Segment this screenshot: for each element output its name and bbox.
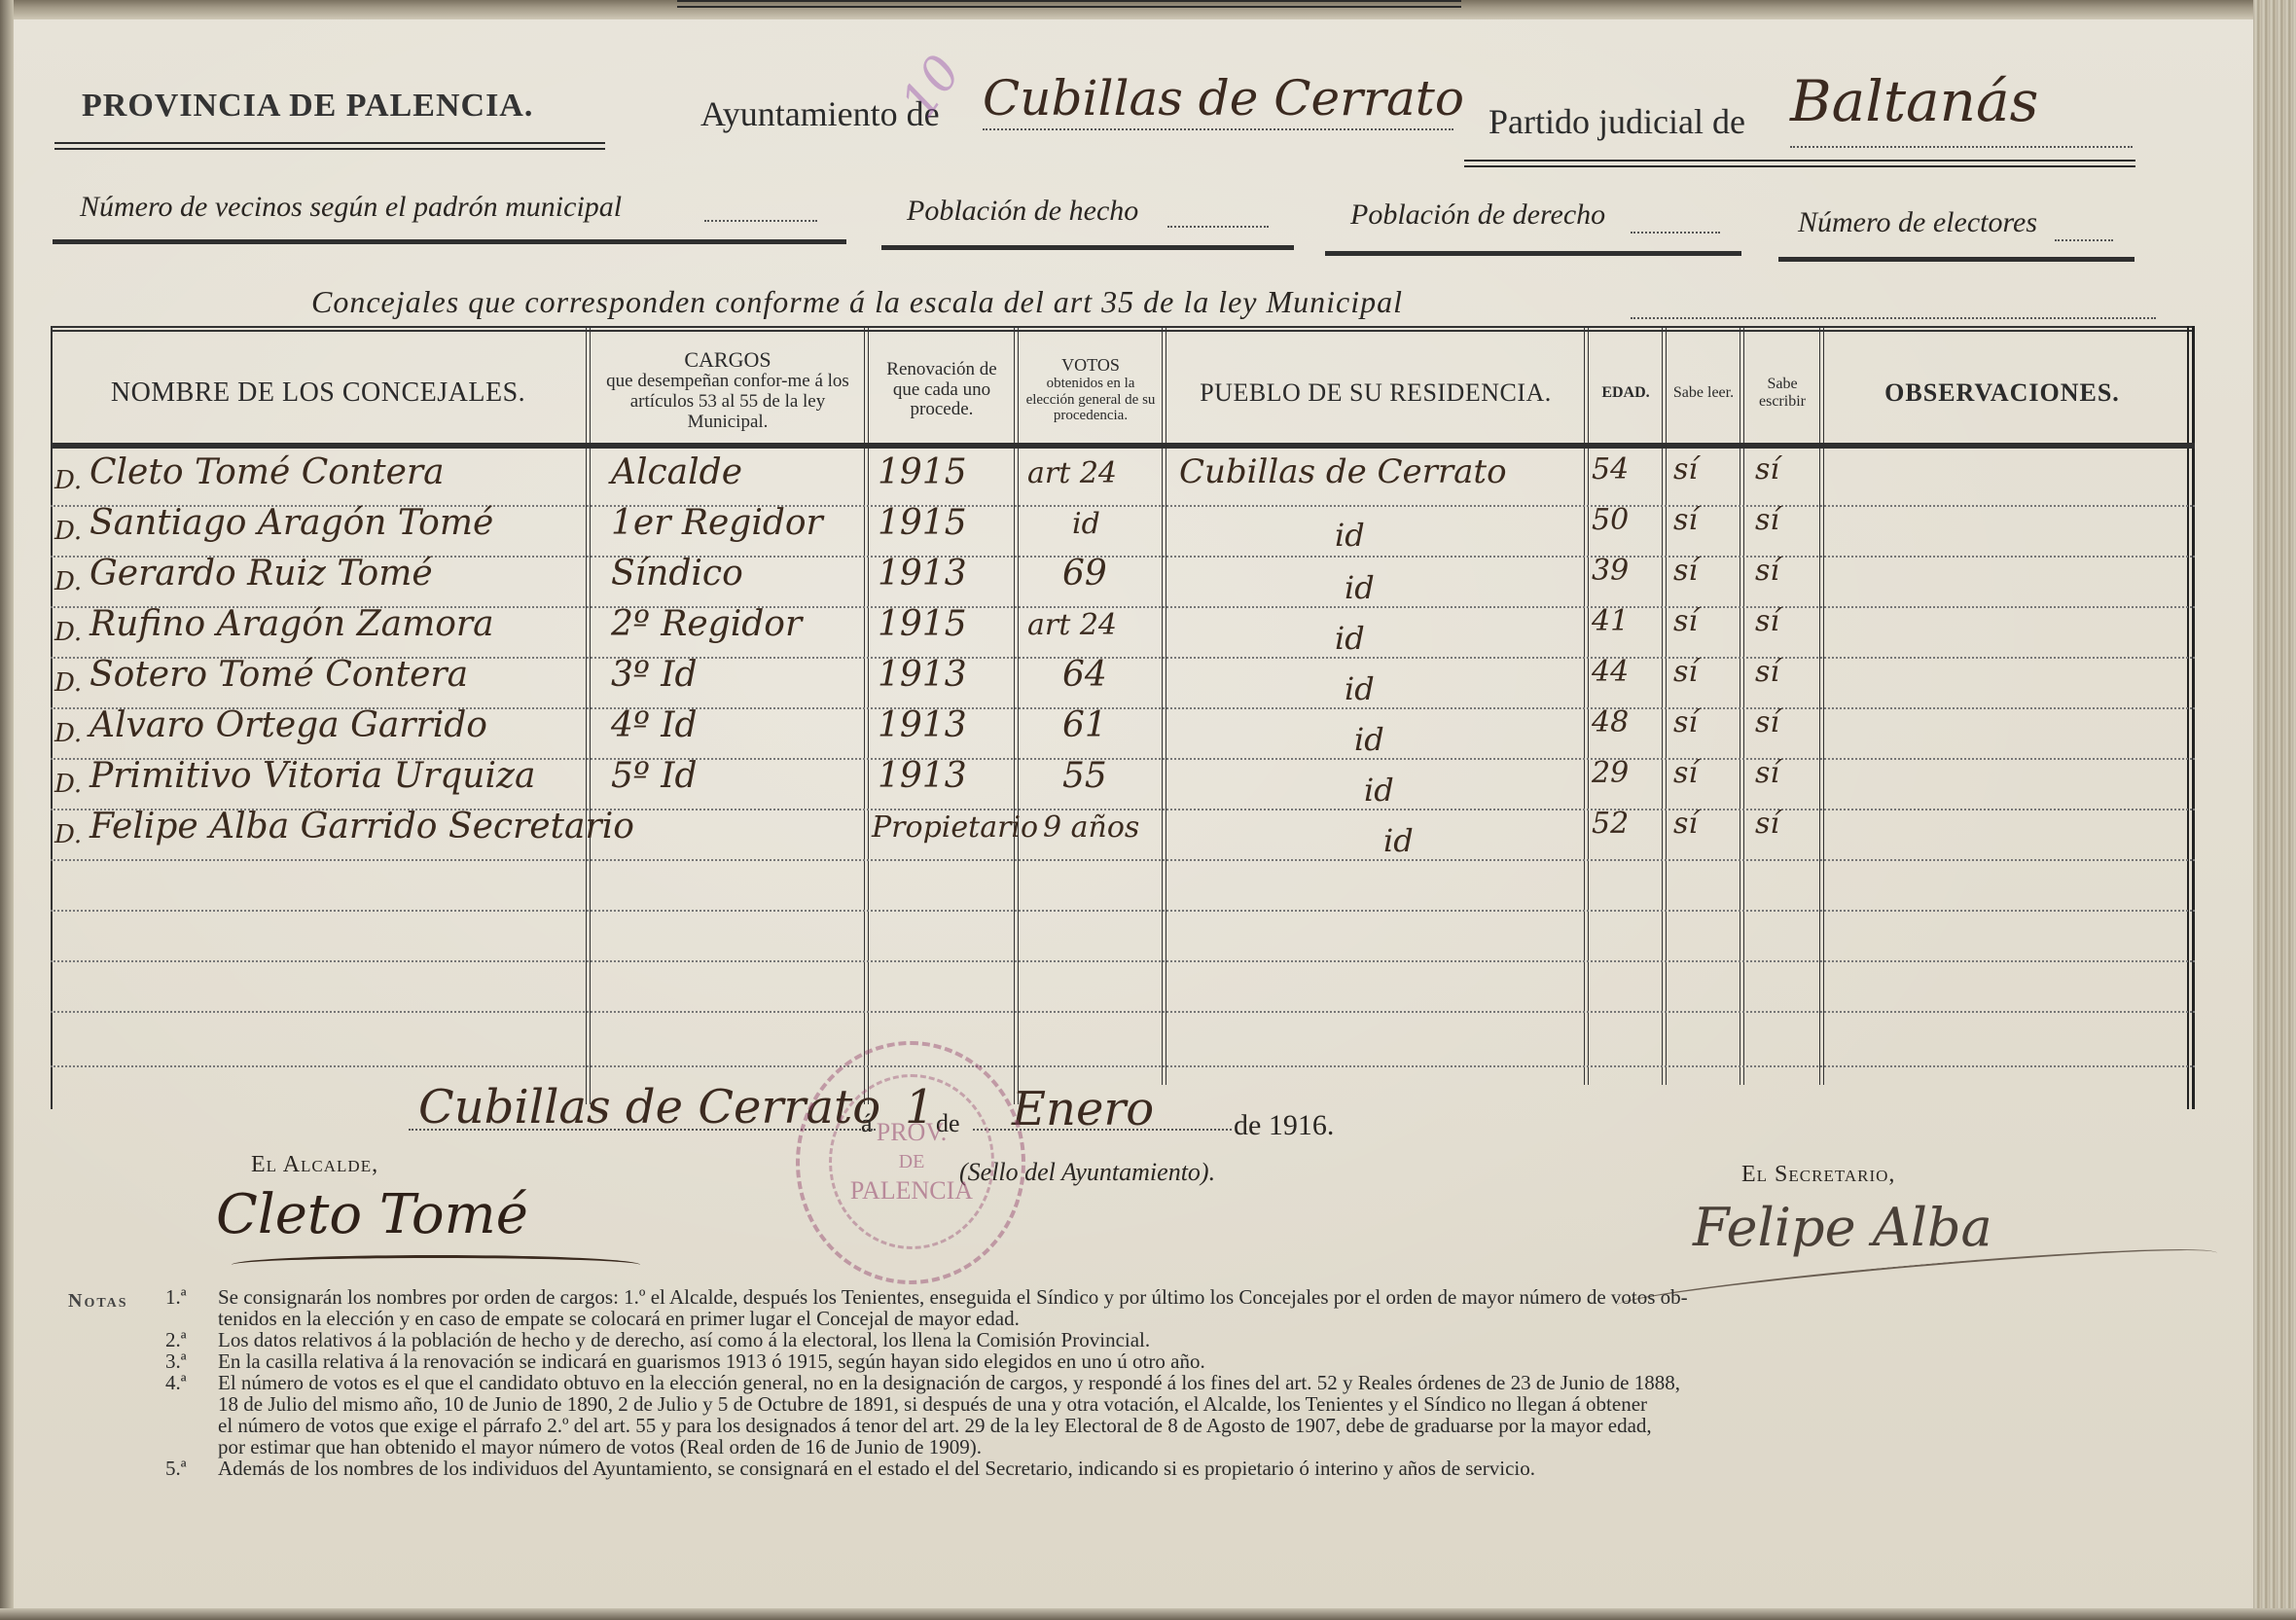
cell-nombre: Alvaro Ortega Garrido <box>90 705 487 745</box>
vecinos-rule <box>53 239 846 244</box>
cell-cargo: 3º Id <box>611 655 698 695</box>
col-sep-escribir <box>1740 326 1744 1085</box>
cell-pueblo: id <box>1335 517 1365 554</box>
poblacion-hecho-rule <box>881 245 1294 250</box>
province-rule <box>54 142 605 150</box>
cell-cargo: 2º Regidor <box>611 604 802 644</box>
concejales-label: Concejales que corresponden conforme á l… <box>311 284 1403 320</box>
col-sep-edad <box>1584 326 1589 1085</box>
note-number: 2.ª <box>165 1329 218 1350</box>
cell-pueblo: id <box>1383 822 1414 859</box>
note-text: El número de votos es el que el candidat… <box>218 1371 1680 1394</box>
note-4-cont-1: 18 de Julio del mismo año, 10 de Junio d… <box>218 1393 1647 1415</box>
cell-pueblo: id <box>1335 620 1365 657</box>
concejales-field <box>1631 317 2156 319</box>
cell-edad: 29 <box>1592 756 1629 790</box>
cell-votos: 69 <box>1062 554 1107 594</box>
note-4: 4.ªEl número de votos es el que el candi… <box>165 1372 1680 1393</box>
header-votos-title: VOTOS <box>1061 356 1120 376</box>
cell-escribir: sí <box>1755 756 1779 790</box>
header-nombre: NOMBRE DE LOS CONCEJALES. <box>60 345 576 441</box>
cell-renovacion: 1915 <box>878 604 967 644</box>
electores-label: Número de electores <box>1798 206 2037 239</box>
cell-cargo: 4º Id <box>611 705 698 745</box>
vecinos-field <box>704 220 817 222</box>
secretario-signature: Felipe Alba <box>1693 1197 1992 1258</box>
cell-edad: 54 <box>1592 452 1629 486</box>
cell-leer: sí <box>1673 655 1698 689</box>
cell-escribir: sí <box>1755 554 1779 588</box>
header-votos: VOTOS obtenidos en la elección general d… <box>1022 338 1160 443</box>
note-4-cont-3: por estimar que han obtenido el mayor nú… <box>218 1436 982 1458</box>
row-prefix: D. <box>54 668 82 698</box>
alcalde-label: El Alcalde, <box>251 1152 378 1178</box>
vecinos-label: Número de vecinos según el padrón munici… <box>80 191 622 224</box>
cell-nombre: Gerardo Ruiz Tomé <box>90 554 433 594</box>
cell-votos: 55 <box>1062 756 1107 796</box>
cell-renovacion: Propietario <box>872 810 1038 845</box>
header-sabe-leer: Sabe leer. <box>1669 345 1738 441</box>
row-prefix: D. <box>54 618 82 647</box>
cell-edad: 48 <box>1592 705 1629 739</box>
partido-label: Partido judicial de <box>1489 101 1745 142</box>
seal-line-2: DE <box>899 1149 925 1174</box>
poblacion-derecho-field <box>1631 232 1720 234</box>
cell-renovacion: 1915 <box>878 503 967 543</box>
cell-votos: 64 <box>1062 655 1107 695</box>
book-page-stack <box>2253 0 2296 1620</box>
province-title: PROVINCIA DE PALENCIA. <box>82 88 533 125</box>
header-cargos: CARGOS que desempeñan confor-me á los ar… <box>593 338 862 443</box>
ayuntamiento-value: Cubillas de Cerrato <box>983 70 1453 130</box>
poblacion-derecho-label: Población de derecho <box>1350 198 1605 232</box>
note-number: 3.ª <box>165 1350 218 1372</box>
note-text: Además de los nombres de los individuos … <box>218 1457 1535 1480</box>
header-sabe-escribir: Sabe escribir <box>1747 345 1817 441</box>
note-text: En la casilla relativa á la renovación s… <box>218 1350 1205 1373</box>
note-number: 4.ª <box>165 1372 218 1393</box>
row-line <box>51 1011 2195 1013</box>
header-edad: EDAD. <box>1592 345 1660 441</box>
cell-renovacion: 1913 <box>878 756 967 796</box>
cell-edad: 50 <box>1592 503 1629 537</box>
cell-leer: sí <box>1673 807 1698 841</box>
col-sep-leer <box>1662 326 1667 1085</box>
note-3: 3.ªEn la casilla relativa á la renovació… <box>165 1350 1205 1372</box>
note-2: 2.ªLos datos relativos á la población de… <box>165 1329 1150 1350</box>
cell-renovacion: 1913 <box>878 655 967 695</box>
cell-leer: sí <box>1673 452 1698 486</box>
cell-votos: art 24 <box>1027 608 1117 642</box>
note-4-cont-2: el número de votos que exige el párrafo … <box>218 1415 1652 1436</box>
header-renovacion: Renovación de que cada uno procede. <box>872 338 1012 443</box>
cell-leer: sí <box>1673 705 1698 739</box>
cell-leer: sí <box>1673 604 1698 638</box>
book-bottom-edge <box>0 1608 2296 1620</box>
seal-line-3: PALENCIA <box>850 1174 973 1207</box>
cell-renovacion: 1913 <box>878 554 967 594</box>
row-prefix: D. <box>54 466 82 495</box>
cell-edad: 39 <box>1592 554 1629 588</box>
header-cargos-title: CARGOS <box>684 348 771 372</box>
cell-edad: 52 <box>1592 807 1629 841</box>
cell-pueblo: id <box>1354 721 1384 758</box>
partido-value: Baltanás <box>1790 68 2133 148</box>
cell-leer: sí <box>1673 554 1698 588</box>
cell-leer: sí <box>1673 756 1698 790</box>
cell-nombre: Rufino Aragón Zamora <box>90 604 494 644</box>
secretario-label: El Secretario, <box>1741 1162 1895 1188</box>
poblacion-hecho-label: Población de hecho <box>907 195 1138 228</box>
cell-cargo: 1er Regidor <box>611 503 823 543</box>
col-sep-observaciones <box>1819 326 1824 1085</box>
electores-rule <box>1778 257 2135 262</box>
cell-nombre: Primitivo Vitoria Urquiza <box>90 756 535 796</box>
seal-inner-ring: PROV. DE PALENCIA <box>829 1074 994 1249</box>
cell-escribir: sí <box>1755 655 1779 689</box>
electores-field <box>2055 239 2113 241</box>
concejales-table: NOMBRE DE LOS CONCEJALES. CARGOS que des… <box>51 326 2195 1109</box>
cell-votos: art 24 <box>1027 456 1117 490</box>
cell-escribir: sí <box>1755 807 1779 841</box>
cell-edad: 41 <box>1592 604 1629 638</box>
row-line <box>51 1065 2195 1067</box>
poblacion-hecho-field <box>1167 226 1269 228</box>
note-text: Se consignarán los nombres por orden de … <box>218 1285 1688 1309</box>
note-1: 1.ªSe consignarán los nombres por orden … <box>165 1286 1688 1308</box>
header-votos-sub: obtenidos en la elección general de su p… <box>1024 376 1157 424</box>
cell-pueblo: id <box>1345 569 1375 606</box>
cell-leer: sí <box>1673 503 1698 537</box>
cell-cargo: Alcalde <box>611 452 742 492</box>
cell-nombre: Santiago Aragón Tomé <box>90 503 493 543</box>
cell-escribir: sí <box>1755 705 1779 739</box>
ayuntamiento-rule <box>677 0 1461 8</box>
row-line <box>51 910 2195 912</box>
municipal-seal: PROV. DE PALENCIA <box>796 1041 1025 1284</box>
row-line <box>51 960 2195 962</box>
col-sep-pueblo <box>1162 326 1166 1085</box>
document-page: PROVINCIA DE PALENCIA. Ayuntamiento de C… <box>0 0 2296 1620</box>
header-observaciones: OBSERVACIONES. <box>1827 345 2177 441</box>
cell-pueblo: id <box>1345 670 1375 707</box>
table-top-border <box>51 326 2195 332</box>
cell-pueblo: id <box>1364 772 1394 809</box>
cell-edad: 44 <box>1592 655 1629 689</box>
poblacion-derecho-rule <box>1325 251 1741 256</box>
cell-escribir: sí <box>1755 452 1779 486</box>
partido-rule <box>1464 160 2135 167</box>
cell-nombre: Sotero Tomé Contera <box>90 655 468 695</box>
alcalde-signature: Cleto Tomé <box>216 1183 528 1246</box>
header-rule <box>51 443 2195 449</box>
cell-nombre: Cleto Tomé Contera <box>90 452 445 492</box>
note-1-cont: tenidos en la elección y en caso de empa… <box>218 1308 1020 1329</box>
cell-nombre: Felipe Alba Garrido Secretario <box>90 807 634 846</box>
row-line <box>51 859 2195 861</box>
cell-pueblo: Cubillas de Cerrato <box>1179 452 1507 491</box>
note-5: 5.ªAdemás de los nombres de los individu… <box>165 1458 1535 1479</box>
header-cargos-sub: que desempeñan confor-me á los artículos… <box>596 372 859 433</box>
note-text: Los datos relativos á la población de he… <box>218 1328 1150 1351</box>
cell-cargo: Síndico <box>611 554 743 594</box>
cell-votos: 61 <box>1062 705 1107 745</box>
header-pueblo: PUEBLO DE SU RESIDENCIA. <box>1169 345 1582 441</box>
row-prefix: D. <box>54 770 82 799</box>
footer-year: de 1916. <box>1234 1109 1334 1142</box>
cell-escribir: sí <box>1755 604 1779 638</box>
note-number: 1.ª <box>165 1286 218 1308</box>
cell-votos: id <box>1072 507 1100 541</box>
cell-cargo: 5º Id <box>611 756 698 796</box>
cell-renovacion: 1913 <box>878 705 967 745</box>
notes-label: Notas <box>68 1290 128 1312</box>
row-prefix: D. <box>54 719 82 748</box>
book-left-edge <box>0 0 14 1620</box>
seal-line-1: PROV. <box>877 1116 948 1149</box>
alcalde-flourish <box>232 1255 640 1275</box>
note-number: 5.ª <box>165 1458 218 1479</box>
row-prefix: D. <box>54 517 82 546</box>
cell-escribir: sí <box>1755 503 1779 537</box>
cell-votos: 9 años <box>1043 810 1139 845</box>
row-prefix: D. <box>54 567 82 596</box>
row-prefix: D. <box>54 820 82 849</box>
cell-renovacion: 1915 <box>878 452 967 492</box>
